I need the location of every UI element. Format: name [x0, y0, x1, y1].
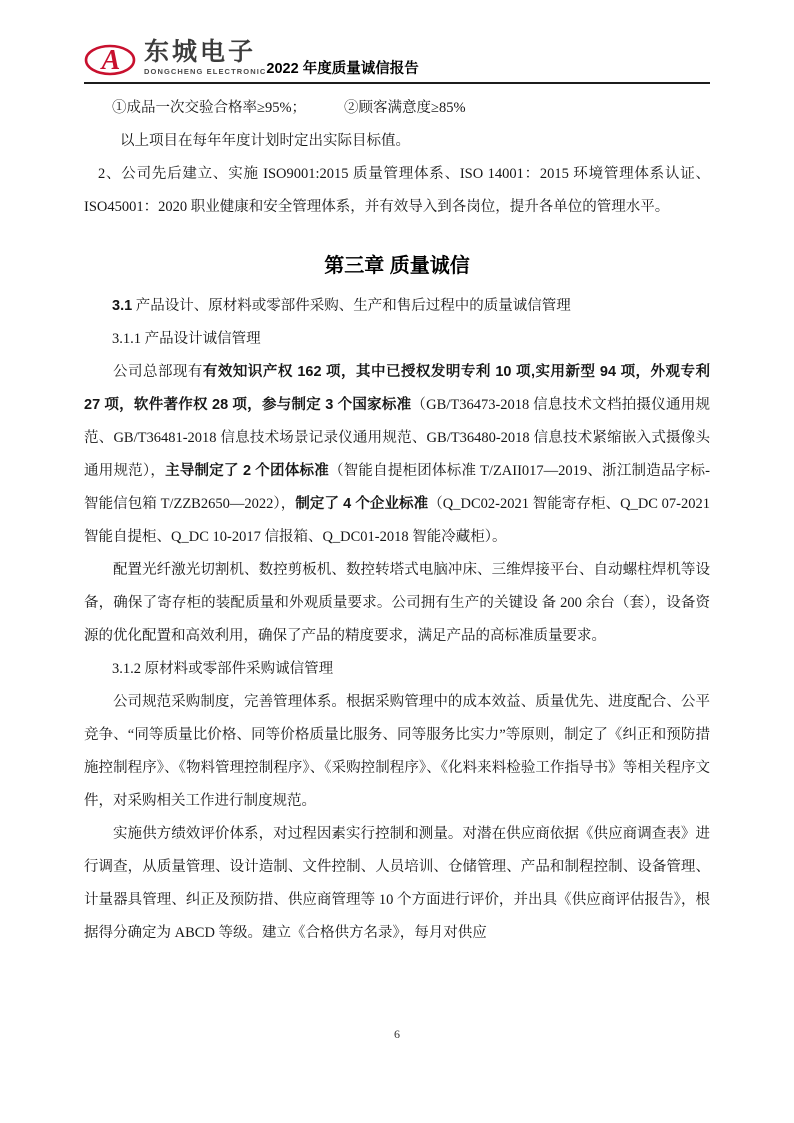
ip-paragraph: 公司总部现有有效知识产权 162 项，其中已授权发明专利 10 项,实用新型 9… — [84, 356, 710, 554]
kpi-satisfaction: ②顾客满意度≥85% — [344, 92, 466, 125]
logo-ellipse-a-icon: A — [84, 42, 136, 78]
procurement-paragraph: 公司规范采购制度，完善管理体系。根据采购管理中的成本效益、质量优先、进度配合、公… — [84, 686, 710, 818]
supplier-paragraph: 实施供方绩效评价体系，对过程因素实行控制和测量。对潜在供应商依据《供应商调查表》… — [84, 818, 710, 950]
iso-paragraph: 2、公司先后建立、实施 ISO9001:2015 质量管理体系、ISO 1400… — [84, 158, 710, 224]
chapter-title: 第三章 质量诚信 — [84, 246, 710, 286]
kpi-line: ①成品一次交验合格率≥95%； ②顾客满意度≥85% — [84, 92, 710, 125]
page-header: A 东城电子 DONGCHENG ELECTRONIC 2022 年度质量诚信报… — [84, 40, 710, 84]
document-page: A 东城电子 DONGCHENG ELECTRONIC 2022 年度质量诚信报… — [0, 0, 794, 1123]
brand-text-block: 东城电子 DONGCHENG ELECTRONIC — [144, 40, 266, 76]
page-number: 6 — [0, 1028, 794, 1040]
brand-name: 东城电子 — [144, 40, 266, 65]
section-3-1-1-heading: 3.1.1 产品设计诚信管理 — [84, 323, 710, 356]
brand-subtitle: DONGCHENG ELECTRONIC — [144, 68, 266, 76]
section-3-1-2-heading: 3.1.2 原材料或零部件采购诚信管理 — [84, 653, 710, 686]
section-3-1-heading: 3.1 产品设计、原材料或零部件采购、生产和售后过程中的质量诚信管理 — [84, 290, 710, 323]
target-note-line: 以上项目在每年年度计划时定出实际目标值。 — [84, 125, 710, 158]
section-3-1-title: 产品设计、原材料或零部件采购、生产和售后过程中的质量诚信管理 — [132, 298, 571, 314]
report-title: 2022 年度质量诚信报告 — [266, 57, 418, 78]
document-body: ①成品一次交验合格率≥95%； ②顾客满意度≥85% 以上项目在每年年度计划时定… — [84, 92, 710, 950]
equipment-paragraph: 配置光纤激光切割机、数控剪板机、数控转塔式电脑冲床、三维焊接平台、自动螺柱焊机等… — [84, 554, 710, 653]
kpi-pass-rate: ①成品一次交验合格率≥95%； — [84, 92, 306, 125]
company-logo: A 东城电子 DONGCHENG ELECTRONIC — [84, 40, 266, 76]
section-3-1-number: 3.1 — [112, 298, 132, 314]
svg-text:A: A — [100, 45, 121, 76]
